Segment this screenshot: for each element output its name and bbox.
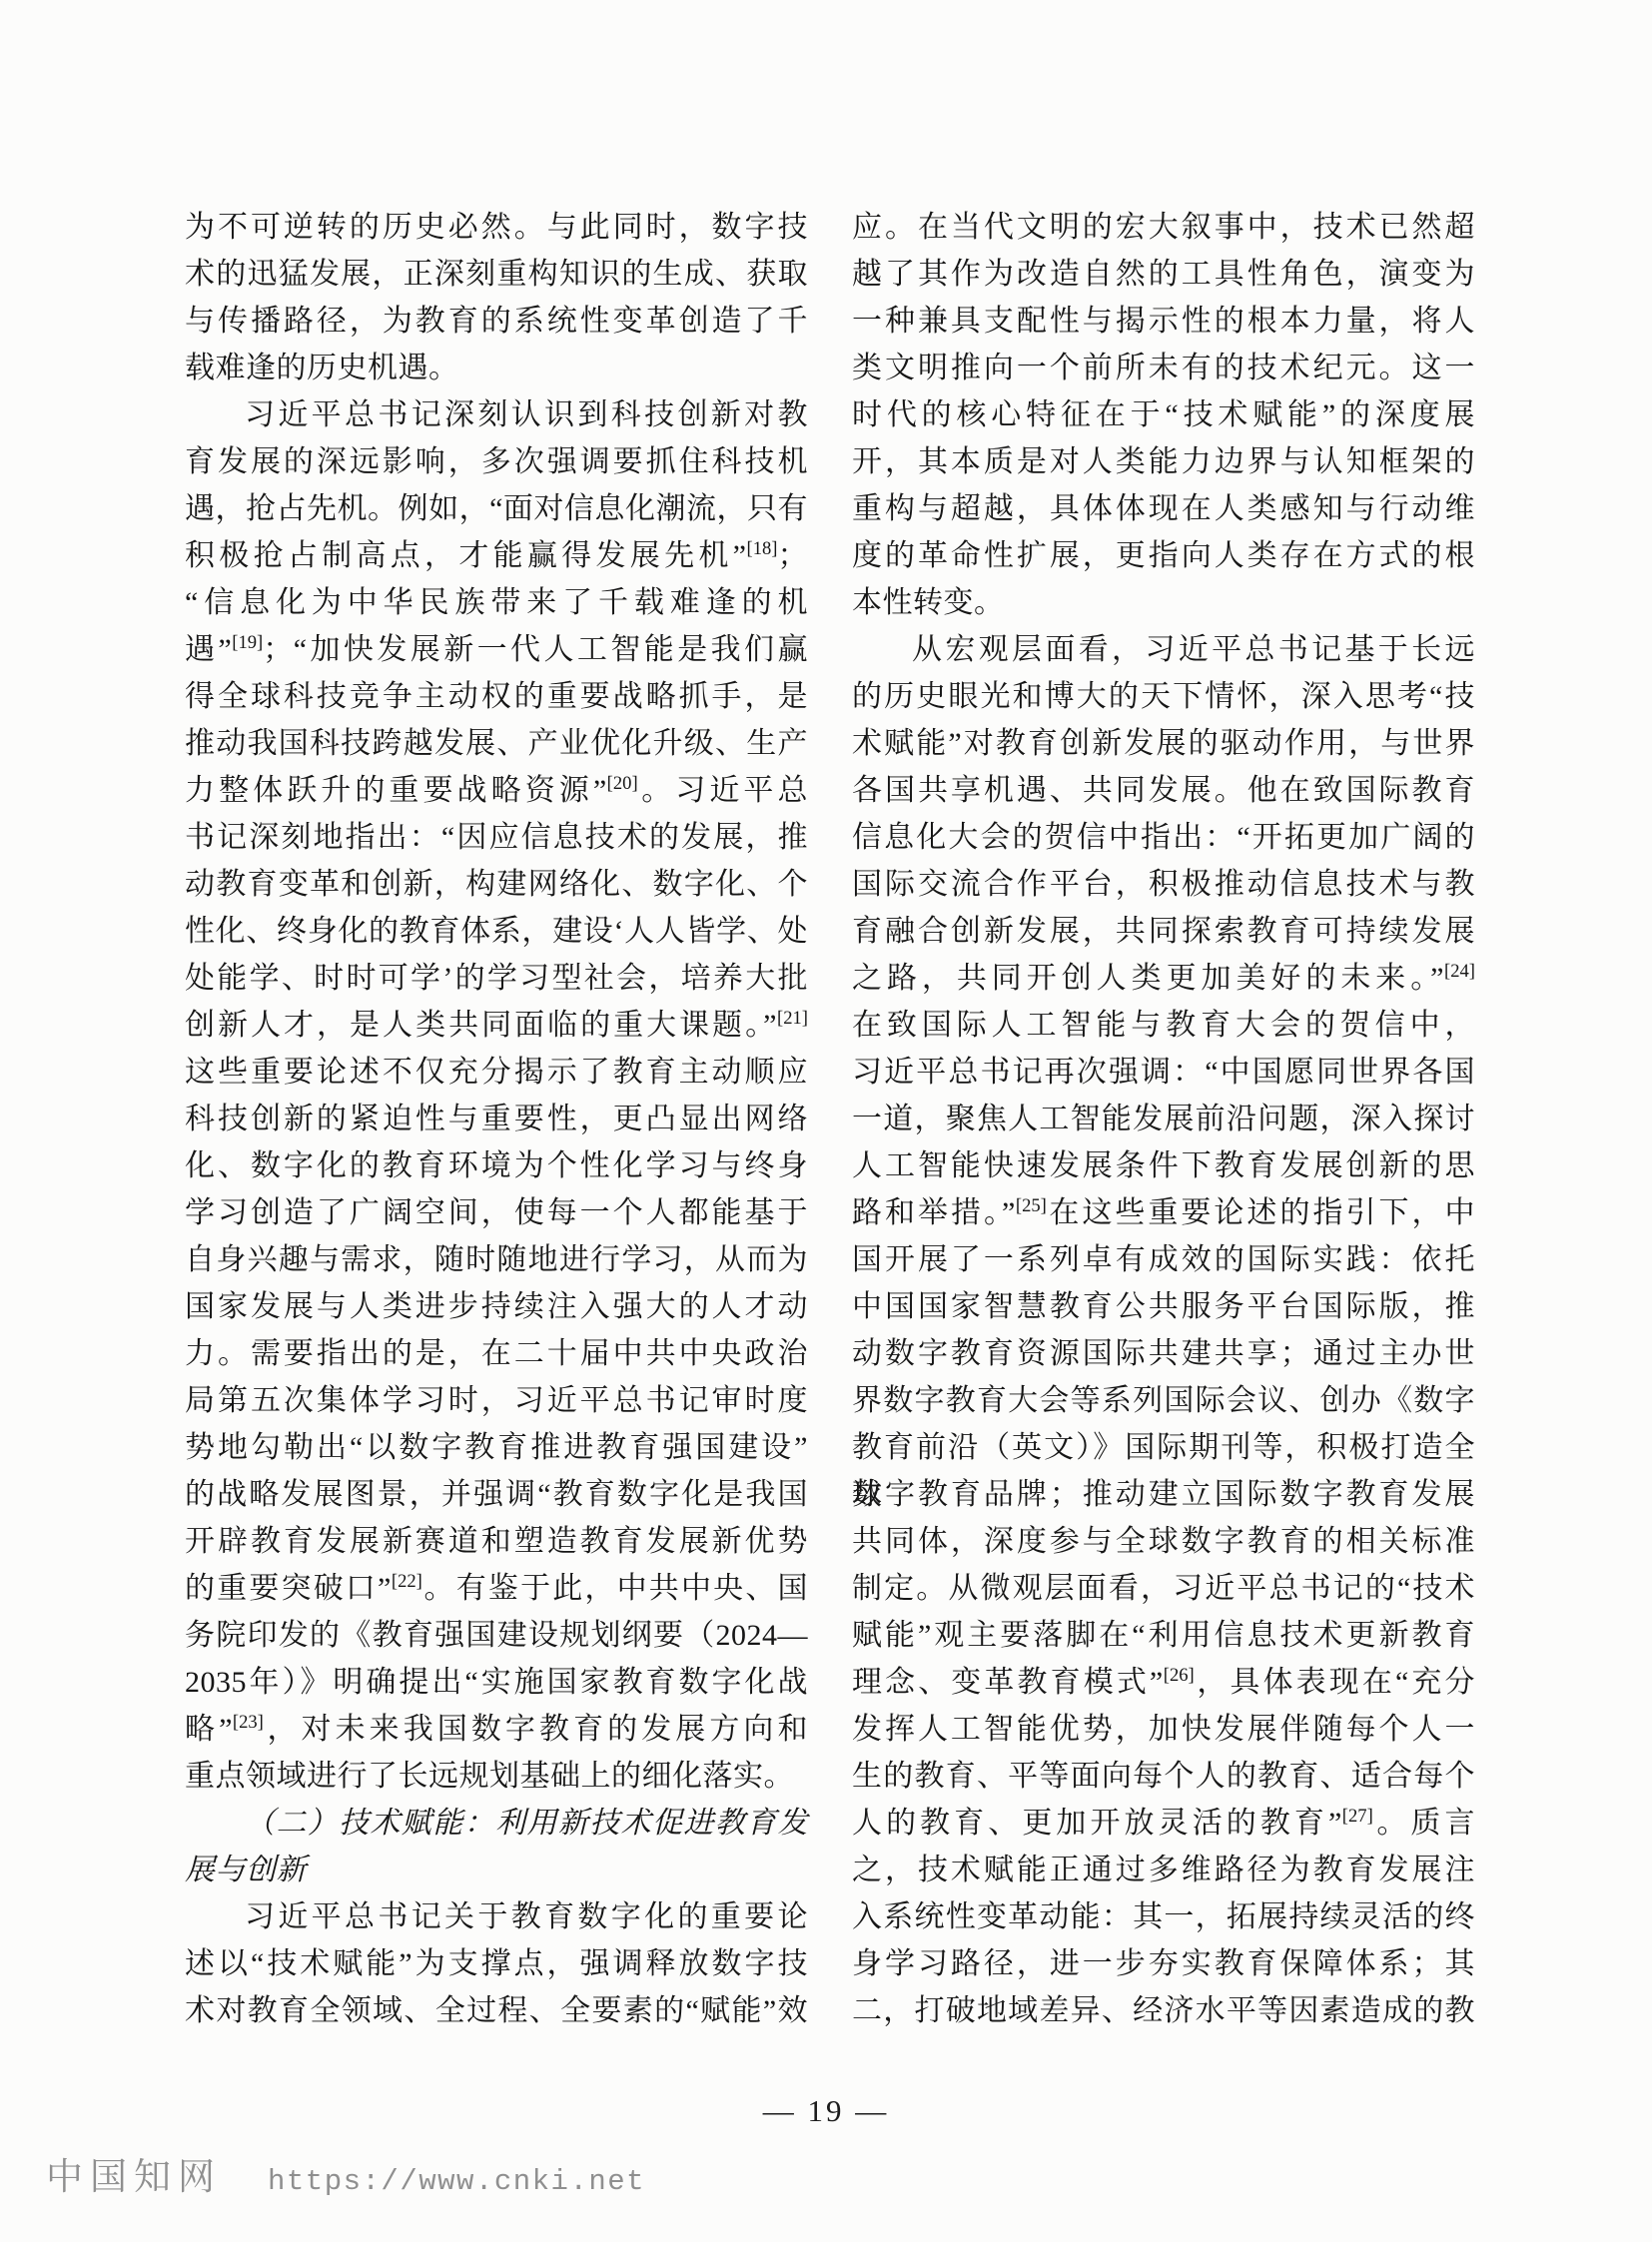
text-line: 的重要突破口”[22]。有鉴于此，中共中央、国 xyxy=(185,1565,808,1612)
text-line: 习近平总书记深刻认识到科技创新对教 xyxy=(185,391,808,438)
text-line: 书记深刻地指出：“因应信息技术的发展，推 xyxy=(185,814,808,861)
text-line: 数字教育品牌；推动建立国际数字教育发展 xyxy=(852,1471,1475,1518)
text-line: 科技创新的紧迫性与重要性，更凸显出网络 xyxy=(185,1096,808,1142)
text-line: 术赋能”对教育创新发展的驱动作用，与世界 xyxy=(852,720,1475,767)
text-line: 中国国家智慧教育公共服务平台国际版，推 xyxy=(852,1283,1475,1330)
text-line: 赋能”观主要落脚在“利用信息技术更新教育 xyxy=(852,1612,1475,1659)
text-line: 在致国际人工智能与教育大会的贺信中， xyxy=(852,1002,1475,1049)
text-line: 一道，聚焦人工智能发展前沿问题，深入探讨 xyxy=(852,1096,1475,1142)
text-line: 力整体跃升的重要战略资源”[20]。习近平总 xyxy=(185,767,808,814)
text-line: 开，其本质是对人类能力边界与认知框架的 xyxy=(852,438,1475,485)
text-line: 越了其作为改造自然的工具性角色，演变为 xyxy=(852,251,1475,298)
text-line: 的历史眼光和博大的天下情怀，深入思考“技 xyxy=(852,673,1475,720)
page-number-text: — 19 — xyxy=(763,2093,890,2128)
text-line: 应。在当代文明的宏大叙事中，技术已然超 xyxy=(852,204,1475,251)
text-line: “信息化为中华民族带来了千载难逢的机 xyxy=(185,579,808,626)
text-line: 本性转变。 xyxy=(852,579,1475,626)
text-line: 习近平总书记再次强调：“中国愿同世界各国 xyxy=(852,1049,1475,1096)
text-line: 开辟教育发展新赛道和塑造教育发展新优势 xyxy=(185,1518,808,1565)
text-line: 与传播路径，为教育的系统性变革创造了千 xyxy=(185,298,808,345)
cnki-watermark: 中国知网 https://www.cnki.net xyxy=(46,2146,645,2200)
text-line: 载难逢的历史机遇。 xyxy=(185,345,808,391)
text-line: 路和举措。”[25]在这些重要论述的指引下，中 xyxy=(852,1189,1475,1236)
text-line: 术的迅猛发展，正深刻重构知识的生成、获取 xyxy=(185,251,808,298)
right-text-column: 应。在当代文明的宏大叙事中，技术已然超越了其作为改造自然的工具性角色，演变为一种… xyxy=(852,204,1475,2034)
text-line: 学习创造了广阔空间，使每一个人都能基于 xyxy=(185,1189,808,1236)
text-line: 界数字教育大会等系列国际会议、创办《数字 xyxy=(852,1377,1475,1424)
text-line: 化、数字化的教育环境为个性化学习与终身 xyxy=(185,1142,808,1189)
text-line: 生的教育、平等面向每个人的教育、适合每个 xyxy=(852,1753,1475,1800)
text-line: 理念、变革教育模式”[26]，具体表现在“充分 xyxy=(852,1659,1475,1706)
text-line: 共同体，深度参与全球数字教育的相关标准 xyxy=(852,1518,1475,1565)
text-line: 述以“技术赋能”为支撑点，强调释放数字技 xyxy=(185,1940,808,1987)
text-line: 势地勾勒出“以数字教育推进教育强国建设” xyxy=(185,1424,808,1471)
cnki-site-name: 中国知网 xyxy=(46,2146,222,2200)
text-line: 略”[23]，对未来我国数字教育的发展方向和 xyxy=(185,1706,808,1753)
text-line: 性化、终身化的教育体系，建设‘人人皆学、处 xyxy=(185,908,808,955)
text-line: 从宏观层面看，习近平总书记基于长远 xyxy=(852,626,1475,673)
text-line: 力。需要指出的是，在二十届中共中央政治 xyxy=(185,1330,808,1377)
text-line: 术对教育全领域、全过程、全要素的“赋能”效 xyxy=(185,1987,808,2034)
text-line: 局第五次集体学习时，习近平总书记审时度 xyxy=(185,1377,808,1424)
text-line: 动教育变革和创新，构建网络化、数字化、个 xyxy=(185,861,808,908)
text-line: 身学习路径，进一步夯实教育保障体系；其 xyxy=(852,1940,1475,1987)
text-line: 一种兼具支配性与揭示性的根本力量，将人 xyxy=(852,298,1475,345)
subsection-heading-line: 展与创新 xyxy=(185,1847,808,1893)
text-line: 度的革命性扩展，更指向人类存在方式的根 xyxy=(852,532,1475,579)
text-line: 类文明推向一个前所未有的技术纪元。这一 xyxy=(852,345,1475,391)
text-line: 入系统性变革动能：其一，拓展持续灵活的终 xyxy=(852,1893,1475,1940)
text-line: 人的教育、更加开放灵活的教育”[27]。质言 xyxy=(852,1800,1475,1847)
text-line: 处能学、时时可学’的学习型社会，培养大批 xyxy=(185,955,808,1002)
text-line: 创新人才，是人类共同面临的重大课题。”[21] xyxy=(185,1002,808,1049)
text-line: 遇，抢占先机。例如，“面对信息化潮流，只有 xyxy=(185,485,808,532)
text-line: 重点领域进行了长远规划基础上的细化落实。 xyxy=(185,1753,808,1800)
left-text-column: 为不可逆转的历史必然。与此同时，数字技术的迅猛发展，正深刻重构知识的生成、获取与… xyxy=(185,204,808,2034)
text-line: 二，打破地域差异、经济水平等因素造成的教 xyxy=(852,1987,1475,2034)
text-line: 国家发展与人类进步持续注入强大的人才动 xyxy=(185,1283,808,1330)
text-line: 时代的核心特征在于“技术赋能”的深度展 xyxy=(852,391,1475,438)
text-line: 为不可逆转的历史必然。与此同时，数字技 xyxy=(185,204,808,251)
text-line: 制定。从微观层面看，习近平总书记的“技术 xyxy=(852,1565,1475,1612)
page-number: — 19 — xyxy=(0,2093,1652,2140)
text-line: 习近平总书记关于教育数字化的重要论 xyxy=(185,1893,808,1940)
text-line: 这些重要论述不仅充分揭示了教育主动顺应 xyxy=(185,1049,808,1096)
text-line: 教育前沿（英文）》国际期刊等，积极打造全球 xyxy=(852,1424,1475,1471)
text-line: 之，技术赋能正通过多维路径为教育发展注 xyxy=(852,1847,1475,1893)
text-line: 育融合创新发展，共同探索教育可持续发展 xyxy=(852,908,1475,955)
text-line: 各国共享机遇、共同发展。他在致国际教育 xyxy=(852,767,1475,814)
text-line: 2035年）》明确提出“实施国家教育数字化战 xyxy=(185,1659,808,1706)
cnki-url-text: https://www.cnki.net xyxy=(268,2165,645,2198)
text-line: 国际交流合作平台，积极推动信息技术与教 xyxy=(852,861,1475,908)
text-line: 积极抢占制高点，才能赢得发展先机”[18]； xyxy=(185,532,808,579)
text-line: 发挥人工智能优势，加快发展伴随每个人一 xyxy=(852,1706,1475,1753)
text-line: 务院印发的《教育强国建设规划纲要（2024— xyxy=(185,1612,808,1659)
text-line: 自身兴趣与需求，随时随地进行学习，从而为 xyxy=(185,1236,808,1283)
text-line: 得全球科技竞争主动权的重要战略抓手，是 xyxy=(185,673,808,720)
subsection-heading-line: （二）技术赋能：利用新技术促进教育发 xyxy=(185,1800,808,1847)
text-line: 信息化大会的贺信中指出：“开拓更加广阔的 xyxy=(852,814,1475,861)
text-line: 人工智能快速发展条件下教育发展创新的思 xyxy=(852,1142,1475,1189)
text-line: 的战略发展图景，并强调“教育数字化是我国 xyxy=(185,1471,808,1518)
text-line: 之路，共同开创人类更加美好的未来。”[24] xyxy=(852,955,1475,1002)
text-line: 推动我国科技跨越发展、产业优化升级、生产 xyxy=(185,720,808,767)
text-line: 育发展的深远影响，多次强调要抓住科技机 xyxy=(185,438,808,485)
text-line: 国开展了一系列卓有成效的国际实践：依托 xyxy=(852,1236,1475,1283)
text-line: 遇”[19]；“加快发展新一代人工智能是我们赢 xyxy=(185,626,808,673)
document-page: 为不可逆转的历史必然。与此同时，数字技术的迅猛发展，正深刻重构知识的生成、获取与… xyxy=(0,0,1652,2242)
text-line: 重构与超越，具体体现在人类感知与行动维 xyxy=(852,485,1475,532)
text-line: 动数字教育资源国际共建共享；通过主办世 xyxy=(852,1330,1475,1377)
